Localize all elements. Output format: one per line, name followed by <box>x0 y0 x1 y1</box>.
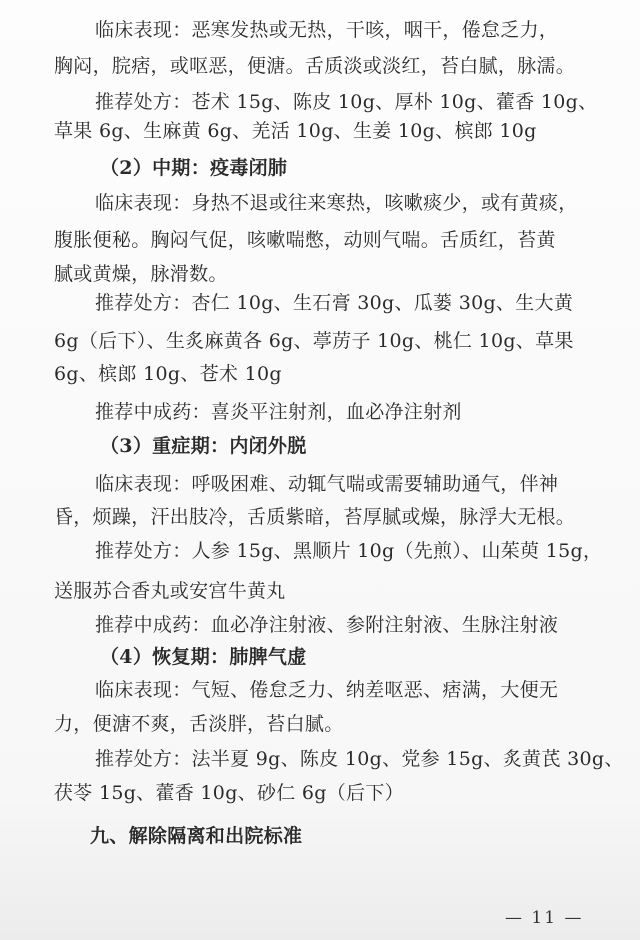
mid-prescription-line-1: 推荐处方：杏仁 10g、生石膏 30g、瓜蒌 30g、生大黄 <box>95 291 573 315</box>
mid-patent-medicine: 推荐中成药：喜炎平注射剂，血必净注射剂 <box>95 400 462 424</box>
page-number: — 11 — <box>505 908 583 928</box>
severe-clinical-line-2: 昏，烦躁，汗出肢冷，舌质紫暗，苔厚腻或燥，脉浮大无根。 <box>54 505 575 529</box>
section-heading-recovery-stage: （4）恢复期：肺脾气虚 <box>100 645 307 669</box>
mid-clinical-line-3: 腻或黄燥，脉滑数。 <box>54 262 228 286</box>
early-clinical-line-1: 临床表现：恶寒发热或无热，干咳，咽干，倦怠乏力， <box>95 18 558 42</box>
mid-clinical-line-1: 临床表现：身热不退或往来寒热，咳嗽痰少，或有黄痰， <box>95 191 578 215</box>
severe-prescription-line-2: 送服苏合香丸或安宫牛黄丸 <box>54 579 286 603</box>
mid-prescription-line-2: 6g（后下）、生炙麻黄各 6g、葶苈子 10g、桃仁 10g、草果 <box>54 329 574 353</box>
document-page: 临床表现：恶寒发热或无热，干咳，咽干，倦怠乏力， 胸闷，脘痞，或呕恶，便溏。舌质… <box>0 0 640 940</box>
early-prescription-line-2: 草果 6g、生麻黄 6g、羌活 10g、生姜 10g、槟郎 10g <box>54 119 537 143</box>
severe-prescription-line-1: 推荐处方：人参 15g、黑顺片 10g（先煎）、山茱萸 15g， <box>95 539 602 563</box>
recovery-clinical-line-2: 力，便溏不爽，舌淡胖，苔白腻。 <box>54 712 344 736</box>
mid-clinical-line-2: 腹胀便秘。胸闷气促，咳嗽喘憋，动则气喘。舌质红，苔黄 <box>54 228 556 252</box>
section-heading-mid-stage: （2）中期：疫毒闭肺 <box>100 156 287 180</box>
severe-clinical-line-1: 临床表现：呼吸困难、动辄气喘或需要辅助通气，伴神 <box>95 472 558 496</box>
recovery-prescription-line-2: 茯苓 15g、藿香 10g、砂仁 6g（后下） <box>54 781 404 805</box>
mid-prescription-line-3: 6g、槟郎 10g、苍术 10g <box>54 362 282 386</box>
recovery-clinical-line-1: 临床表现：气短、倦怠乏力、纳差呕恶、痞满，大便无 <box>95 678 558 702</box>
recovery-prescription-line-1: 推荐处方：法半夏 9g、陈皮 10g、党参 15g、炙黄芪 30g、 <box>95 747 624 771</box>
section-heading-9: 九、解除隔离和出院标准 <box>90 824 302 848</box>
early-clinical-line-2: 胸闷，脘痞，或呕恶，便溏。舌质淡或淡红，苔白腻，脉濡。 <box>54 54 575 78</box>
section-heading-severe-stage: （3）重症期：内闭外脱 <box>100 434 307 458</box>
severe-patent-medicine: 推荐中成药：血必净注射液、参附注射液、生脉注射液 <box>95 613 558 637</box>
early-prescription-line-1: 推荐处方：苍术 15g、陈皮 10g、厚朴 10g、藿香 10g、 <box>95 90 597 114</box>
